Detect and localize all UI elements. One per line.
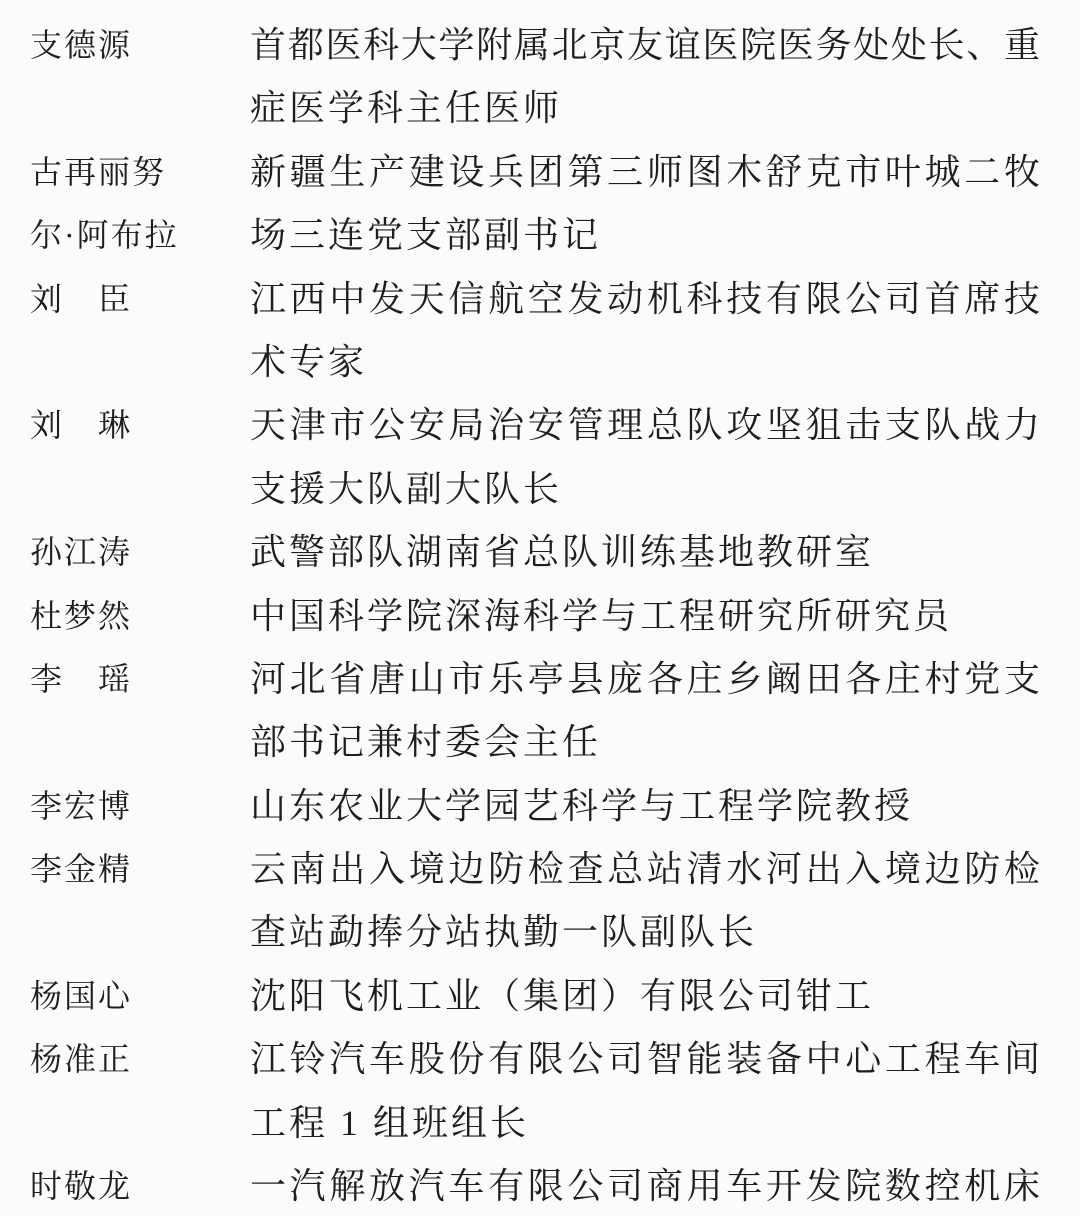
name-cell: 李 瑶 xyxy=(30,648,250,711)
name-cell: 杜梦然 xyxy=(30,585,250,648)
name-cell: 李宏博 xyxy=(30,775,250,838)
person-name-line: 杨国心 xyxy=(30,965,250,1028)
position-line: 云南出入境边防检查总站清水河出入境边防检 xyxy=(250,838,1040,901)
position-cell: 云南出入境边防检查总站清水河出入境边防检查站勐捧分站执勤一队副队长 xyxy=(250,838,1040,965)
roster-entry: 刘 臣江西中发天信航空发动机科技有限公司首席技术专家 xyxy=(30,268,1080,395)
position-line: 支援大队副大队长 xyxy=(250,458,1040,521)
roster-list: 支德源首都医科大学附属北京友谊医院医务处处长、重症医学科主任医师古再丽努尔·阿布… xyxy=(30,14,1080,1216)
person-name-line: 刘 臣 xyxy=(30,268,250,331)
person-name-line: 时敬龙 xyxy=(30,1155,250,1216)
position-line: 中国科学院深海科学与工程研究所研究员 xyxy=(250,585,1040,648)
position-cell: 一汽解放汽车有限公司商用车开发院数控机床 xyxy=(250,1155,1040,1216)
roster-entry: 杨准正江铃汽车股份有限公司智能装备中心工程车间工程 1 组班组长 xyxy=(30,1028,1080,1155)
name-cell: 李金精 xyxy=(30,838,250,901)
person-name-line: 孙江涛 xyxy=(30,521,250,584)
position-line: 术专家 xyxy=(250,331,1040,394)
name-cell: 刘 臣 xyxy=(30,268,250,331)
position-line: 武警部队湖南省总队训练基地教研室 xyxy=(250,521,1040,584)
roster-entry: 刘 琳天津市公安局治安管理总队攻坚狙击支队战力支援大队副大队长 xyxy=(30,394,1080,521)
person-name-line: 李金精 xyxy=(30,838,250,901)
position-line: 沈阳飞机工业（集团）有限公司钳工 xyxy=(250,965,1040,1028)
position-cell: 河北省唐山市乐亭县庞各庄乡阚田各庄村党支部书记兼村委会主任 xyxy=(250,648,1040,775)
position-cell: 天津市公安局治安管理总队攻坚狙击支队战力支援大队副大队长 xyxy=(250,394,1040,521)
roster-entry: 时敬龙一汽解放汽车有限公司商用车开发院数控机床 xyxy=(30,1155,1080,1216)
name-cell: 刘 琳 xyxy=(30,394,250,457)
name-cell: 时敬龙 xyxy=(30,1155,250,1216)
position-cell: 中国科学院深海科学与工程研究所研究员 xyxy=(250,585,1040,648)
roster-entry: 李宏博山东农业大学园艺科学与工程学院教授 xyxy=(30,775,1080,838)
position-line: 河北省唐山市乐亭县庞各庄乡阚田各庄村党支 xyxy=(250,648,1040,711)
document-page: 支德源首都医科大学附属北京友谊医院医务处处长、重症医学科主任医师古再丽努尔·阿布… xyxy=(0,0,1080,1216)
name-cell: 古再丽努尔·阿布拉 xyxy=(30,141,250,268)
position-cell: 武警部队湖南省总队训练基地教研室 xyxy=(250,521,1040,584)
person-name-line: 刘 琳 xyxy=(30,394,250,457)
position-cell: 江铃汽车股份有限公司智能装备中心工程车间工程 1 组班组长 xyxy=(250,1028,1040,1155)
position-cell: 新疆生产建设兵团第三师图木舒克市叶城二牧场三连党支部副书记 xyxy=(250,141,1040,268)
roster-entry: 古再丽努尔·阿布拉新疆生产建设兵团第三师图木舒克市叶城二牧场三连党支部副书记 xyxy=(30,141,1080,268)
position-line: 一汽解放汽车有限公司商用车开发院数控机床 xyxy=(250,1155,1040,1216)
position-line: 查站勐捧分站执勤一队副队长 xyxy=(250,901,1040,964)
person-name-line: 支德源 xyxy=(30,14,250,77)
person-name-line: 尔·阿布拉 xyxy=(30,204,250,267)
position-line: 首都医科大学附属北京友谊医院医务处处长、重 xyxy=(250,14,1040,77)
person-name-line: 古再丽努 xyxy=(30,141,250,204)
position-line: 江西中发天信航空发动机科技有限公司首席技 xyxy=(250,268,1040,331)
name-cell: 杨准正 xyxy=(30,1028,250,1091)
position-line: 场三连党支部副书记 xyxy=(250,204,1040,267)
position-line: 症医学科主任医师 xyxy=(250,77,1040,140)
roster-entry: 李金精云南出入境边防检查总站清水河出入境边防检查站勐捧分站执勤一队副队长 xyxy=(30,838,1080,965)
roster-entry: 杨国心沈阳飞机工业（集团）有限公司钳工 xyxy=(30,965,1080,1028)
position-line: 新疆生产建设兵团第三师图木舒克市叶城二牧 xyxy=(250,141,1040,204)
person-name-line: 李宏博 xyxy=(30,775,250,838)
roster-entry: 李 瑶河北省唐山市乐亭县庞各庄乡阚田各庄村党支部书记兼村委会主任 xyxy=(30,648,1080,775)
name-cell: 杨国心 xyxy=(30,965,250,1028)
roster-entry: 杜梦然中国科学院深海科学与工程研究所研究员 xyxy=(30,585,1080,648)
person-name-line: 杨准正 xyxy=(30,1028,250,1091)
person-name-line: 李 瑶 xyxy=(30,648,250,711)
position-cell: 首都医科大学附属北京友谊医院医务处处长、重症医学科主任医师 xyxy=(250,14,1040,141)
position-line: 天津市公安局治安管理总队攻坚狙击支队战力 xyxy=(250,394,1040,457)
position-line: 部书记兼村委会主任 xyxy=(250,711,1040,774)
position-line: 山东农业大学园艺科学与工程学院教授 xyxy=(250,775,1040,838)
position-cell: 山东农业大学园艺科学与工程学院教授 xyxy=(250,775,1040,838)
name-cell: 孙江涛 xyxy=(30,521,250,584)
roster-entry: 支德源首都医科大学附属北京友谊医院医务处处长、重症医学科主任医师 xyxy=(30,14,1080,141)
position-line: 工程 1 组班组长 xyxy=(250,1092,1040,1155)
position-cell: 沈阳飞机工业（集团）有限公司钳工 xyxy=(250,965,1040,1028)
roster-entry: 孙江涛武警部队湖南省总队训练基地教研室 xyxy=(30,521,1080,584)
name-cell: 支德源 xyxy=(30,14,250,77)
person-name-line: 杜梦然 xyxy=(30,585,250,648)
position-line: 江铃汽车股份有限公司智能装备中心工程车间 xyxy=(250,1028,1040,1091)
position-cell: 江西中发天信航空发动机科技有限公司首席技术专家 xyxy=(250,268,1040,395)
